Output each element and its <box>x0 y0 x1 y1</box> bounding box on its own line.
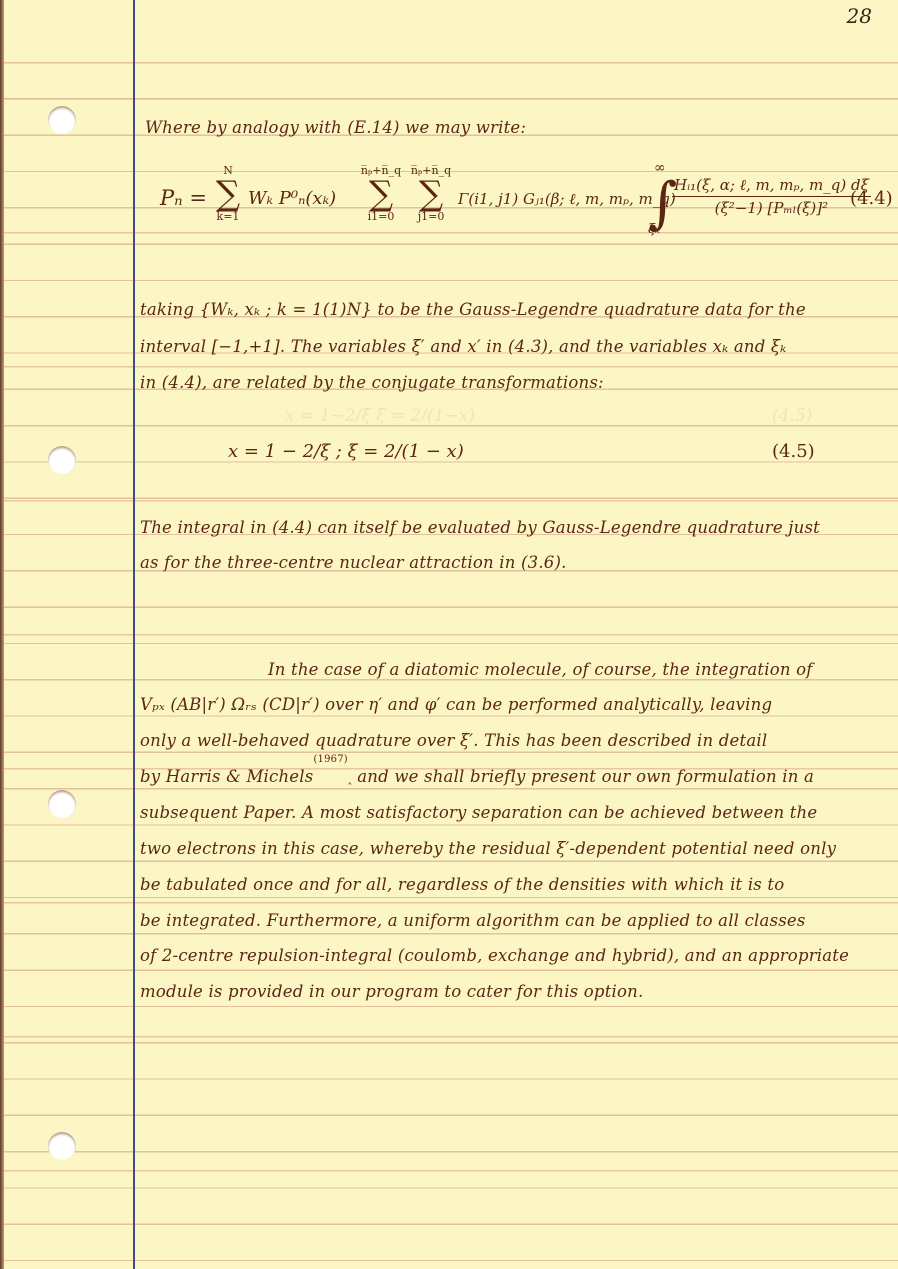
text-line: be integrated. Furthermore, a uniform al… <box>140 911 806 930</box>
equation-label: (4.4) <box>850 188 893 209</box>
text-line: subsequent Paper. A most satisfactory se… <box>140 803 817 822</box>
weight-term: Wₖ Ρ⁰ₙ(xₖ) <box>248 188 336 209</box>
punch-hole <box>48 1132 76 1160</box>
gamma-g-term: Γ(i1, j1) Gⱼ₁(β; ℓ, m, mₚ, m_q) <box>458 190 676 209</box>
text-line: as for the three-centre nuclear attracti… <box>140 553 567 572</box>
text-continuation: and we shall briefly present our own for… <box>357 767 814 786</box>
page-edge <box>0 0 4 1269</box>
punch-hole <box>48 106 76 134</box>
intro-line: Where by analogy with (E.14) we may writ… <box>145 118 526 137</box>
text-line: interval [−1,+1]. The variables ξ′ and x… <box>140 337 786 356</box>
integrand-fraction: Hᵢ₁(ξ, α; ℓ, m, mₚ, m_q) dξ (ξ²−1) [Ρₘₗ(… <box>672 176 871 217</box>
insertion-caret-icon: ‸ <box>348 772 352 785</box>
notebook-page: 28 Where by analogy with (E.14) we may w… <box>0 0 898 1269</box>
show-through-label: (4.5) <box>772 406 812 426</box>
summation-k: N ∑ k=1 <box>210 164 246 223</box>
text-line-citation: by Harris & Michels(1967)‸ and we shall … <box>140 767 814 786</box>
sigma-icon: ∑ <box>210 178 246 210</box>
text-line: in (4.4), are related by the conjugate t… <box>140 373 604 392</box>
text-line: Vₚₓ (AB|r′) Ωᵣₛ (CD|r′) over η′ and φ′ c… <box>140 695 772 714</box>
text-line: two electrons in this case, whereby the … <box>140 839 836 858</box>
summation-lower: i1=0 <box>356 210 406 223</box>
text-line: In the case of a diatomic molecule, of c… <box>268 660 813 679</box>
margin-line <box>133 0 135 1269</box>
text-line: taking {Wₖ, xₖ ; k = 1(1)N} to be the Ga… <box>140 300 806 319</box>
integrand-numerator: Hᵢ₁(ξ, α; ℓ, m, mₚ, m_q) dξ <box>672 176 871 197</box>
citation-year: (1967) <box>313 754 347 765</box>
citation-authors: by Harris & Michels <box>140 767 313 786</box>
sigma-icon: ∑ <box>356 178 406 210</box>
text-line: The integral in (4.4) can itself be eval… <box>140 518 820 537</box>
page-number: 28 <box>847 4 872 28</box>
text-line: module is provided in our program to cat… <box>140 982 643 1001</box>
equation-lhs: Pₙ = <box>160 186 207 210</box>
summation-lower: j1=0 <box>406 210 456 223</box>
show-through-text: x = 1−2/ξ ξ = 2/(1−x) <box>285 406 475 426</box>
equation-label: (4.5) <box>772 441 815 462</box>
punch-hole <box>48 446 76 474</box>
punch-hole <box>48 790 76 818</box>
equation-4-5: x = 1 − 2/ξ ; ξ = 2/(1 − x) <box>228 441 464 462</box>
integrand-denominator: (ξ²−1) [Ρₘₗ(ξ)]² <box>672 197 871 217</box>
summation-i1: n̅ₚ+n̅_q ∑ i1=0 <box>356 164 406 223</box>
text-line: of 2-centre repulsion-integral (coulomb,… <box>140 946 849 965</box>
text-line: be tabulated once and for all, regardles… <box>140 875 784 894</box>
sigma-icon: ∑ <box>406 178 456 210</box>
summation-j1: n̅ₚ+n̅_q ∑ j1=0 <box>406 164 456 223</box>
text-line: only a well-behaved quadrature over ξ′. … <box>140 731 767 750</box>
